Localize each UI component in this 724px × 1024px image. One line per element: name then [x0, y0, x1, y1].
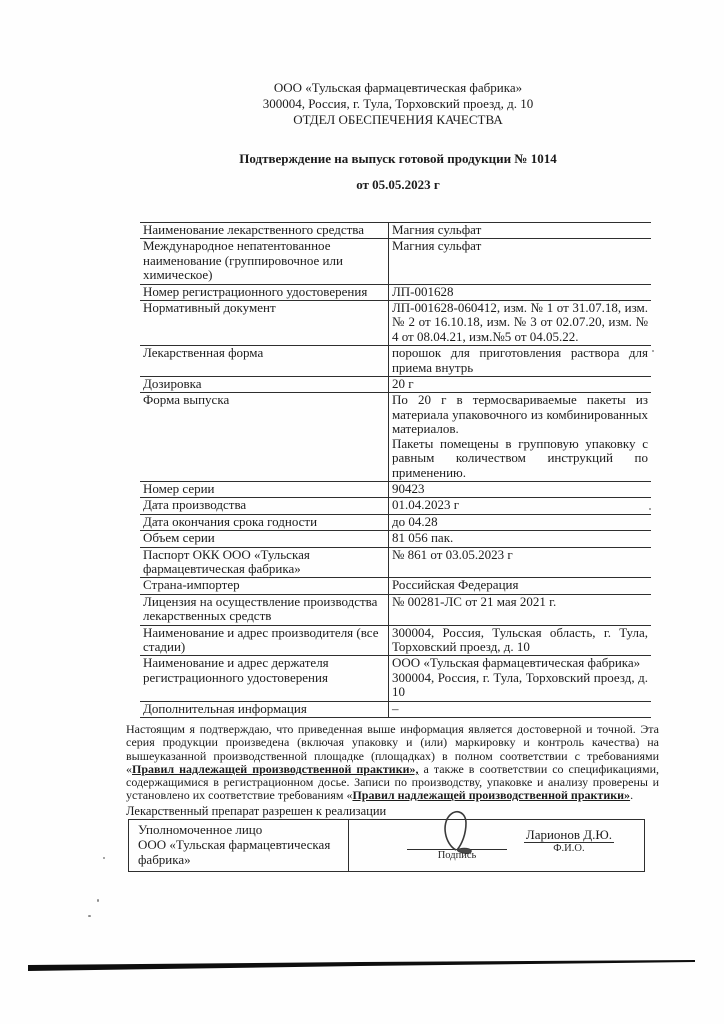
table-row: Объем серии 81 056 пак.	[140, 531, 651, 547]
document-date: от 05.05.2023 г	[140, 177, 656, 192]
scan-speck	[103, 857, 105, 859]
row-value: –	[388, 701, 651, 717]
signee-name: Ларионов Д.Ю.	[524, 827, 614, 843]
row-label: Номер регистрационного удостоверения	[140, 284, 388, 300]
table-row: Дополнительная информация –	[140, 701, 651, 717]
row-label: Объем серии	[140, 531, 388, 547]
table-row: Номер регистрационного удостоверения ЛП-…	[140, 284, 651, 300]
row-value: 90423	[388, 481, 651, 497]
table-row: Наименование и адрес производителя (все …	[140, 625, 651, 656]
scan-speck	[652, 350, 654, 352]
row-label: Дата окончания срока годности	[140, 514, 388, 530]
row-value: 300004, Россия, Тульская область, г. Тул…	[388, 625, 651, 656]
signee-caption: Ф.И.О.	[524, 843, 614, 855]
row-label: Международное непатентованное наименован…	[140, 239, 388, 284]
table-row: Паспорт ОКК ООО «Тульская фармацевтическ…	[140, 547, 651, 578]
row-label: Дозировка	[140, 377, 388, 393]
company-name: ООО «Тульская фармацевтическая фабрика»	[140, 80, 656, 96]
row-label: Дополнительная информация	[140, 701, 388, 717]
row-value: Магния сульфат	[388, 223, 651, 239]
signature-block: Уполномоченное лицо ООО «Тульская фармац…	[128, 819, 645, 872]
row-value: 20 г	[388, 377, 651, 393]
row-value: 01.04.2023 г	[388, 498, 651, 514]
row-label: Номер серии	[140, 481, 388, 497]
scan-artifact-bar	[0, 955, 724, 985]
signature-cell: Подпись Ларионов Д.Ю. Ф.И.О.	[349, 819, 645, 871]
row-value: ЛП-001628	[388, 284, 651, 300]
row-value: Российская Федерация	[388, 578, 651, 594]
row-label: Дата производства	[140, 498, 388, 514]
table-row: Лицензия на осуществление производства л…	[140, 594, 651, 625]
table-row: Наименование лекарственного средства Маг…	[140, 223, 651, 239]
row-label: Форма выпуска	[140, 393, 388, 481]
row-label: Нормативный документ	[140, 301, 388, 346]
table-row: Дата производства 01.04.2023 г	[140, 498, 651, 514]
row-value: Магния сульфат	[388, 239, 651, 284]
row-label: Лекарственная форма	[140, 346, 388, 377]
signature-mark-icon	[431, 808, 483, 854]
row-value: По 20 г в термосвариваемые пакеты из мат…	[388, 393, 651, 481]
row-label: Лицензия на осуществление производства л…	[140, 594, 388, 625]
row-label: Паспорт ОКК ООО «Тульская фармацевтическ…	[140, 547, 388, 578]
signature-caption: Подпись	[407, 850, 507, 862]
row-value: 81 056 пак.	[388, 531, 651, 547]
signee-area: Ларионов Д.Ю. Ф.И.О.	[524, 827, 614, 855]
gmp-reference: Правил надлежащей производственной практ…	[352, 788, 630, 802]
table-row: Дата окончания срока годности до 04.28	[140, 514, 651, 530]
signature-row: Уполномоченное лицо ООО «Тульская фармац…	[129, 819, 645, 871]
row-label: Наименование и адрес производителя (все …	[140, 625, 388, 656]
row-value: № 00281-ЛС от 21 мая 2021 г.	[388, 594, 651, 625]
table-row: Дозировка 20 г	[140, 377, 651, 393]
signature-area: Подпись	[407, 822, 507, 862]
row-label: Наименование лекарственного средства	[140, 223, 388, 239]
table-row: Форма выпуска По 20 г в термосвариваемые…	[140, 393, 651, 481]
scan-speck	[649, 508, 651, 510]
row-value: ЛП-001628-060412, изм. № 1 от 31.07.18, …	[388, 301, 651, 346]
title-block: Подтверждение на выпуск готовой продукци…	[140, 151, 656, 192]
table-row: Страна-импортер Российская Федерация	[140, 578, 651, 594]
document-title: Подтверждение на выпуск готовой продукци…	[140, 151, 656, 166]
product-details-table: Наименование лекарственного средства Маг…	[140, 222, 651, 718]
authorized-person-label: Уполномоченное лицо ООО «Тульская фармац…	[129, 819, 349, 871]
document-page: ООО «Тульская фармацевтическая фабрика» …	[0, 0, 724, 1024]
row-value: до 04.28	[388, 514, 651, 530]
row-label: Наименование и адрес держателя регистрац…	[140, 656, 388, 701]
table-row: Номер серии 90423	[140, 481, 651, 497]
row-label: Страна-импортер	[140, 578, 388, 594]
department-name: ОТДЕЛ ОБЕСПЕЧЕНИЯ КАЧЕСТВА	[140, 112, 656, 128]
row-value: ООО «Тульская фармацевтическая фабрика» …	[388, 656, 651, 701]
declaration-paragraph: Настоящим я подтверждаю, что приведенная…	[126, 723, 659, 803]
row-value: порошок для приготовления раствора для п…	[388, 346, 651, 377]
company-address: 300004, Россия, г. Тула, Торховский прое…	[140, 96, 656, 112]
table-row: Наименование и адрес держателя регистрац…	[140, 656, 651, 701]
declaration-text: .	[630, 788, 633, 802]
table-row: Лекарственная форма порошок для приготов…	[140, 346, 651, 377]
scan-speck	[88, 915, 91, 917]
release-statement: Лекарственный препарат разрешен к реализ…	[126, 804, 724, 818]
row-value: № 861 от 03.05.2023 г	[388, 547, 651, 578]
gmp-reference: Правил надлежащей производственной практ…	[132, 762, 419, 776]
scan-speck	[97, 899, 99, 902]
table-row: Международное непатентованное наименован…	[140, 239, 651, 284]
document-header: ООО «Тульская фармацевтическая фабрика» …	[140, 80, 656, 128]
table-row: Нормативный документ ЛП-001628-060412, и…	[140, 301, 651, 346]
